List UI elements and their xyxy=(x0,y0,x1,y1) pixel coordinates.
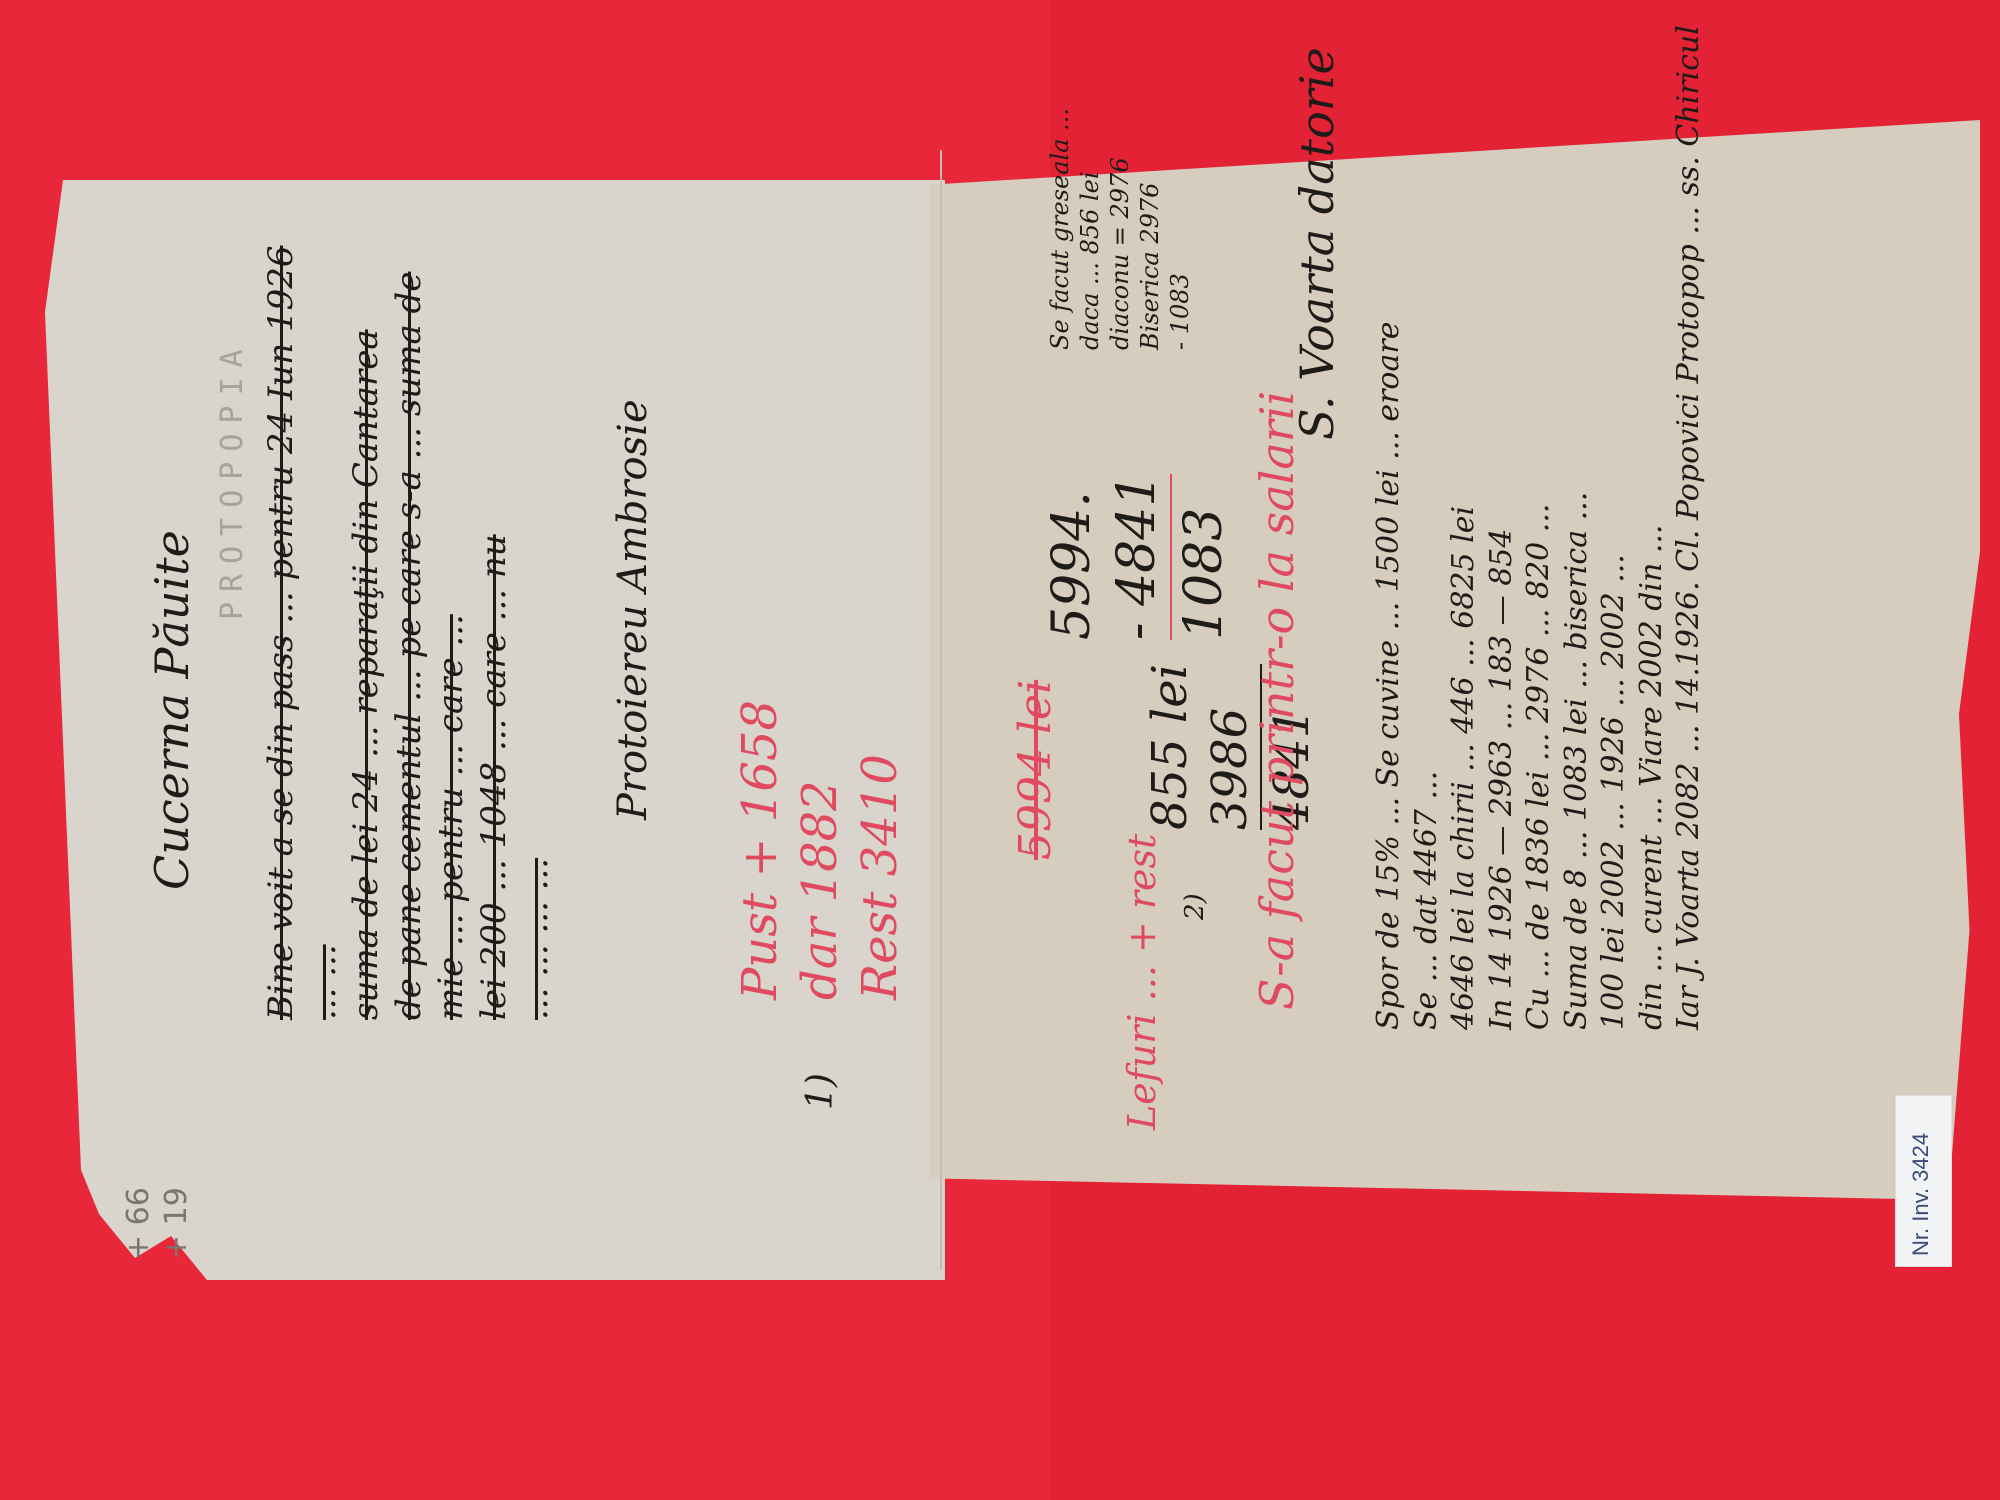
inventory-number: Nr. Inv. 3424 xyxy=(1908,1133,1934,1256)
struck-paragraph: Bine voit a se din pass ... pentru 24 Iu… xyxy=(260,245,558,1020)
inventory-label: Nr. Inv. 3424 xyxy=(1895,1095,1952,1267)
paragraph-line: de pane cementul ... pe care s-a ... sum… xyxy=(388,245,431,1020)
paper-fold xyxy=(940,150,942,1270)
struck-total: 5994 lei xyxy=(1010,680,1061,860)
paragraph-line: ... ... ... ... xyxy=(515,245,558,1020)
printed-header: PROTOPOPIA xyxy=(215,339,250,620)
text-line: In 14 1926 — 2963 ... 183 — 854 xyxy=(1483,25,1521,1030)
paragraph-line: ... ... xyxy=(303,245,346,1020)
calc-1-index: 1) xyxy=(800,1073,841,1110)
red-summary: S-a facut printr-o la salarii xyxy=(1250,391,1304,1010)
text-line: Iar J. Voarta 2082 ... 14.1926. Cl. Popo… xyxy=(1670,25,1708,1030)
right-page-text: Spor de 15% ... Se cuvine ... 1500 lei .… xyxy=(1370,25,1708,1030)
calculation-3: 5994. - 4841 1083 xyxy=(1040,474,1237,640)
red-calculation-1: Pust + 1658 dar 1882 Rest 3410 xyxy=(730,700,910,1000)
paragraph-line: Bine voit a se din pass ... pentru 24 Iu… xyxy=(260,245,303,1020)
text-line: Cu ... de 1836 lei ... 2976 ... 820 ... xyxy=(1520,25,1558,1030)
pencil-margin-note: + 66 + 19 xyxy=(120,1187,195,1260)
calc-2-red-label: Lefuri ... + rest xyxy=(1120,834,1164,1130)
calc-3-notes: Se facut greseala ... daca ... 856 lei d… xyxy=(1045,108,1195,350)
paragraph-line: lei 200 ... 1048 ... care ... nu xyxy=(473,245,516,1020)
text-line: Spor de 15% ... Se cuvine ... 1500 lei .… xyxy=(1370,25,1408,1030)
text-line: 100 lei 2002 ... 1926 ... 2002 ... xyxy=(1595,25,1633,1030)
text-line: Suma de 8 ... 1083 lei ... biserica ... xyxy=(1558,25,1596,1030)
black-overlay-note: S. Voarta datorie xyxy=(1290,47,1344,440)
text-line: 4646 lei la chirii ... 446 ... 6825 lei xyxy=(1445,25,1483,1030)
calc-2-index: 2) xyxy=(1180,893,1210,920)
paragraph-line: suma de lei 24 ... reparaţii din Cantare… xyxy=(345,245,388,1020)
document-heading: Cucerna Păuite xyxy=(145,530,199,890)
paragraph-line: mie ... pentru ... care ... xyxy=(430,245,473,1020)
text-line: Se ... dat 4467 ... xyxy=(1408,25,1446,1030)
text-line: din ... curent ... Viare 2002 din ... xyxy=(1633,25,1671,1030)
signature: Protoiereu Ambrosie xyxy=(610,399,656,820)
